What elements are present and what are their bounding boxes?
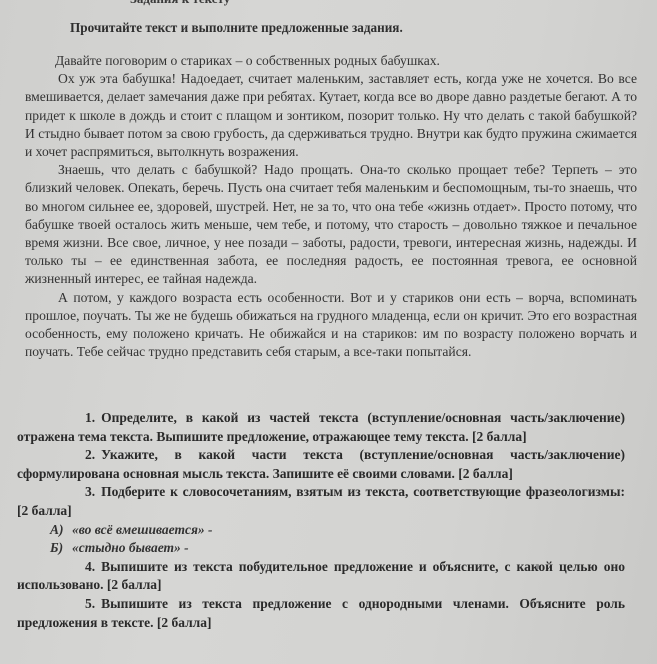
item-text: «стыдно бывает» - [72, 540, 189, 555]
text-paragraph: Ох уж эта бабушка! Надоедает, считает ма… [25, 70, 637, 161]
task-1: 1.Определите, в какой из частей текста (… [17, 409, 625, 446]
task-list: 1.Определите, в какой из частей текста (… [17, 409, 625, 632]
task-2: 2.Укажите, в какой части текста (вступле… [17, 446, 625, 483]
text-paragraph: А потом, у каждого возраста есть особенн… [25, 289, 637, 362]
instructions-heading: Прочитайте текст и выполните предложенны… [70, 20, 403, 36]
text-paragraph: Знаешь, что делать с бабушкой? Надо прощ… [25, 161, 637, 288]
task-number: 4. [51, 558, 95, 577]
cut-off-title: Задания к тексту [130, 0, 230, 7]
task-number: 3. [51, 483, 95, 502]
task-3-item-a: А)«во всё вмешивается» - [17, 521, 625, 540]
reading-text: Давайте поговорим о стариках – о собстве… [25, 52, 637, 361]
item-letter: А) [50, 521, 72, 540]
task-4: 4.Выпишите из текста побудительное предл… [17, 558, 625, 595]
task-number: 2. [51, 446, 95, 465]
task-number: 5. [51, 595, 95, 614]
item-letter: Б) [50, 539, 72, 558]
task-text: Подберите к словосочетаниям, взятым из т… [17, 484, 625, 518]
task-5: 5.Выпишите из текста предложение с однор… [17, 595, 625, 632]
document-page: Задания к тексту Прочитайте текст и выпо… [0, 0, 657, 664]
task-3: 3.Подберите к словосочетаниям, взятым из… [17, 483, 625, 520]
task-text: Выпишите из текста предложение с однород… [17, 596, 625, 630]
item-text: «во всё вмешивается» - [72, 522, 213, 537]
task-3-item-b: Б)«стыдно бывает» - [17, 539, 625, 558]
task-text: Укажите, в какой части текста (вступлени… [17, 447, 625, 481]
task-text: Определите, в какой из частей текста (вс… [17, 410, 625, 444]
text-paragraph: Давайте поговорим о стариках – о собстве… [25, 52, 637, 70]
paper-speck [536, 564, 539, 569]
task-text: Выпишите из текста побудительное предлож… [17, 559, 625, 593]
task-number: 1. [51, 409, 95, 428]
